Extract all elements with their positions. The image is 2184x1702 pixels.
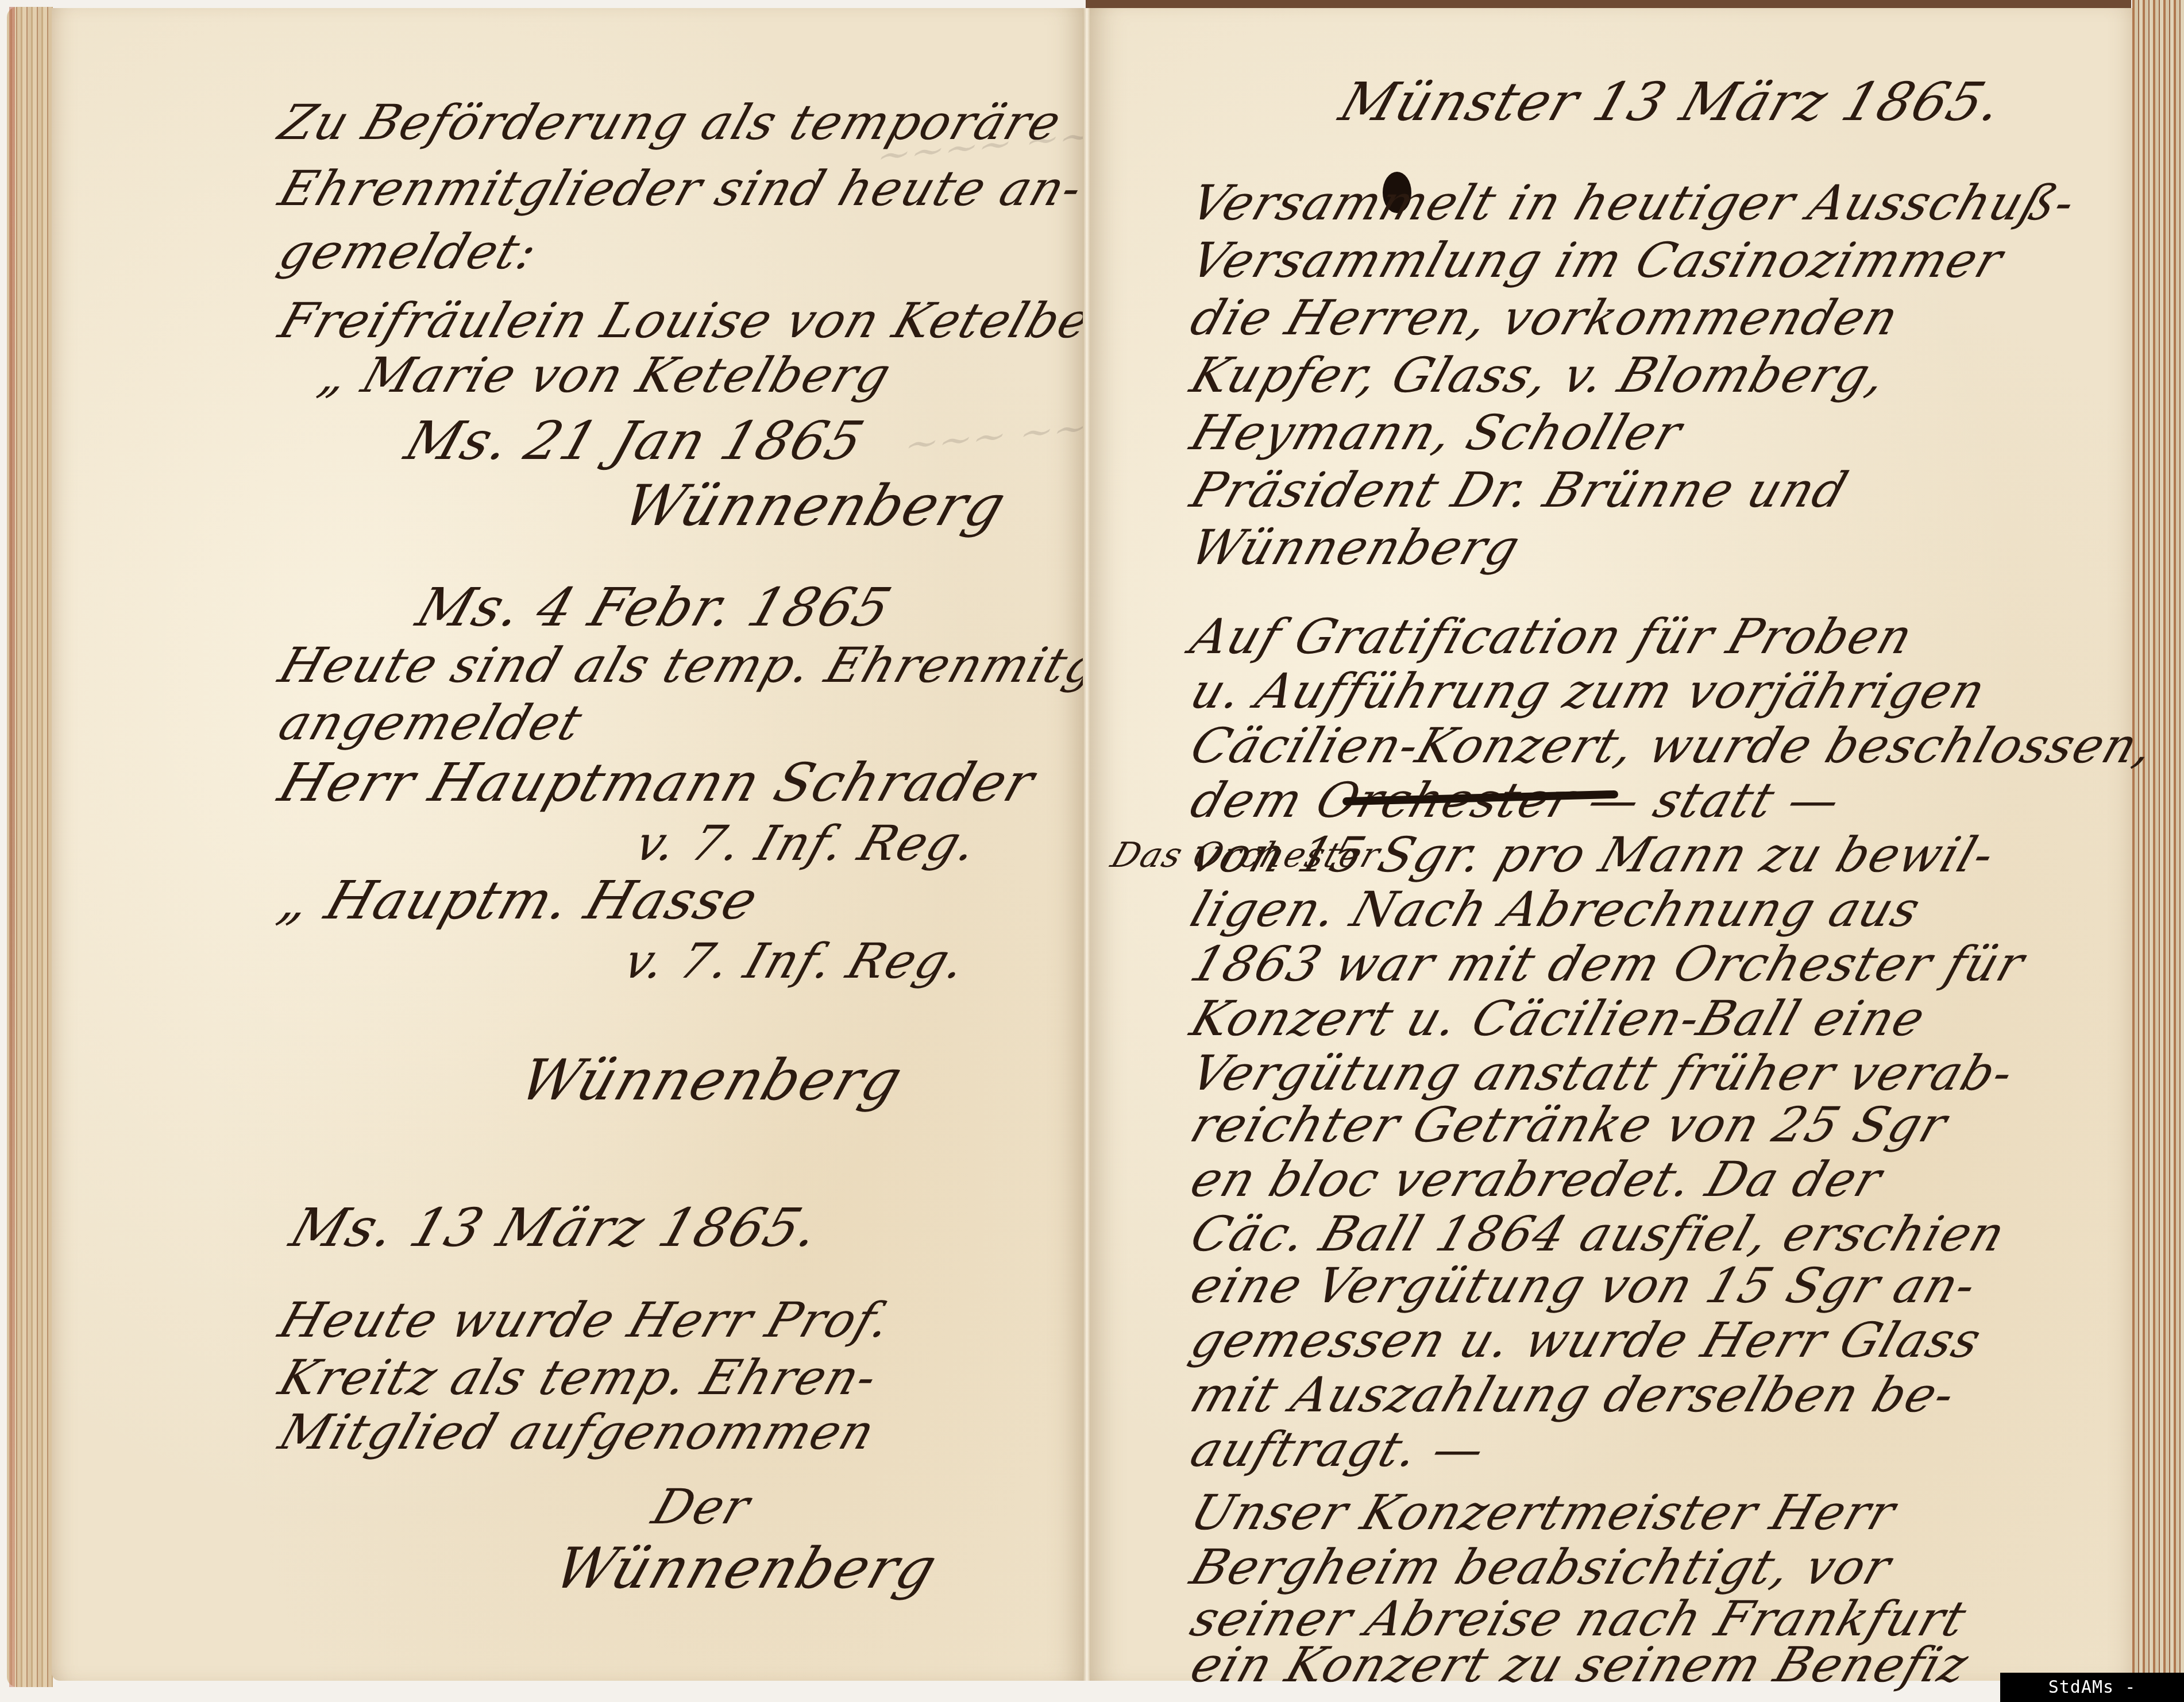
r-entry-2-line-10: reichter Getränke von 25 Sgr: [1184, 1097, 1955, 1153]
entry-1-line-3: gemeldet:: [272, 223, 545, 280]
page-heading-date: Münster 13 März 1865.: [1333, 71, 2012, 133]
entry-2-line-2: angemeldet: [272, 694, 590, 751]
entry-1-line-2: Ehrenmitglieder sind heute an-: [272, 160, 1090, 217]
entry-3-signature: Wünnenberg: [546, 1536, 946, 1601]
r-entry-1-line-2: Versammlung im Casinozimmer: [1184, 232, 2011, 288]
r-entry-2-line-12: Cäc. Ball 1864 ausfiel, erschien: [1184, 1206, 2013, 1262]
right-page-edges: [2132, 0, 2184, 1702]
r-entry-1-line-6: Präsident Dr. Brünne und: [1184, 462, 1855, 518]
entry-1-line-1: Zu Beförderung als temporäre: [272, 94, 1069, 150]
r-entry-2-line-5: von 15 Sgr. pro Mann zu bewil-: [1184, 827, 2002, 883]
r-entry-2-line-11: en bloc verabredet. Da der: [1184, 1151, 1890, 1207]
r-entry-2-line-9: Vergütung anstatt früher verab-: [1184, 1045, 2021, 1101]
entry-2-line-6: v. 7. Inf. Reg.: [617, 933, 974, 989]
r-entry-2-line-6: ligen. Nach Abrechnung aus: [1184, 881, 1928, 937]
binding-top-edge: [1086, 0, 2131, 8]
r-entry-2-line-7: 1863 war mit dem Orchester für: [1184, 936, 2032, 992]
right-page: Münster 13 März 1865. Versammelt in heut…: [1090, 8, 2132, 1681]
r-entry-2-line-14: gemessen u. wurde Herr Glass: [1184, 1312, 1989, 1368]
r-entry-3-line-4: ein Konzert zu seinem Benefiz: [1184, 1637, 1976, 1693]
entry-1-line-5: „ Marie von Ketelberg: [312, 347, 898, 403]
book-spread: ​~~~~ ~~~ ​~~~ ~~~~~ Zu Beförderung als …: [0, 0, 2184, 1702]
left-page: ​~~~~ ~~~ ​~~~ ~~~~~ Zu Beförderung als …: [52, 8, 1084, 1681]
entry-3-closing: Der: [646, 1479, 758, 1535]
r-entry-2-line-3: Cäcilien-Konzert, wurde beschlossen,: [1184, 717, 2162, 774]
r-entry-2-line-2: u. Aufführung zum vorjährigen: [1184, 663, 1993, 719]
entry-1-date: Ms. 21 Jan 1865: [398, 410, 872, 472]
r-entry-1-line-3: die Herren, vorkommenden: [1184, 290, 1907, 346]
r-entry-1-line-5: Heymann, Scholler: [1184, 404, 1689, 461]
r-entry-2-line-13: eine Vergütung von 15 Sgr an-: [1184, 1257, 1984, 1314]
entry-2-line-3: Herr Hauptmann Schrader: [272, 752, 1043, 813]
entry-3-line-1: Heute wurde Herr Prof.: [272, 1292, 899, 1348]
r-entry-1-line-1: Versammelt in heutiger Ausschuß-: [1184, 175, 2083, 231]
r-entry-2-line-16: auftragt. —: [1184, 1421, 1493, 1477]
r-entry-3-line-2: Bergheim beabsichtigt, vor: [1184, 1539, 1899, 1595]
entry-3-line-2: Kreitz als temp. Ehren-: [272, 1349, 885, 1406]
r-entry-3-line-1: Unser Konzertmeister Herr: [1184, 1484, 1903, 1541]
entry-3-line-3: Mitglied aufgenommen: [272, 1404, 883, 1460]
entry-2-line-4: v. 7. Inf. Reg.: [628, 815, 986, 871]
r-entry-2-line-8: Konzert u. Cäcilien-Ball eine: [1184, 990, 1933, 1047]
entry-2-date: Ms. 4 Febr. 1865: [410, 577, 900, 638]
r-entry-1-line-7: Wünnenberg: [1184, 519, 1527, 576]
entry-2-signature: Wünnenberg: [512, 1048, 911, 1113]
r-entry-2-line-1: Auf Gratification für Proben: [1184, 608, 1920, 665]
entry-2-line-5: „ Hauptm. Hasse: [272, 870, 767, 931]
entry-1-line-4: Freifräulein Louise von Ketelberg: [272, 292, 1155, 349]
r-entry-2-line-15: mit Auszahlung derselben be-: [1184, 1367, 1963, 1423]
left-page-edges: [7, 7, 53, 1687]
entry-3-date: Ms. 13 März 1865.: [283, 1197, 828, 1259]
r-entry-1-line-4: Kupfer, Glass, v. Blomberg,: [1184, 347, 1894, 403]
entry-1-signature: Wünnenberg: [615, 473, 1014, 539]
archive-label: StdAMs - MV_002a_029: [2000, 1673, 2184, 1702]
